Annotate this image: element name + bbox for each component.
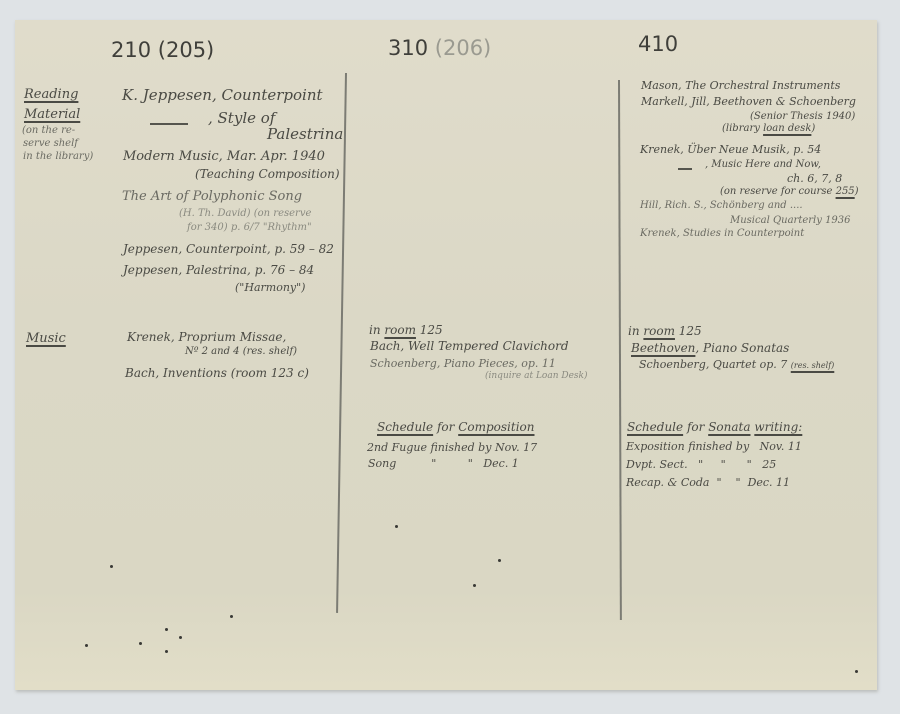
reading-entry: Krenek, Über Neue Musik, p. 54 <box>640 144 821 155</box>
reading-entry: ch. 6, 7, 8 <box>787 173 842 184</box>
reading-entry: , Style of <box>208 111 275 126</box>
reading-entry: Mason, The Orchestral Instruments <box>641 80 840 91</box>
paper-speck <box>165 650 168 653</box>
reading-entry: Jeppesen, Counterpoint, p. 59 – 82 <box>123 243 334 255</box>
schedule-title: Schedule for Composition <box>377 421 535 433</box>
ditto-dash <box>150 123 188 125</box>
index-card: 210 (205) 310 (206) 410 Reading Material… <box>15 20 877 690</box>
reading-entry: Musical Quarterly 1936 <box>730 216 851 226</box>
music-entry: Nº 2 and 4 (res. shelf) <box>185 347 297 357</box>
paper-speck <box>179 636 182 639</box>
schedule-row: Exposition finished by Nov. 11 <box>626 441 802 452</box>
reading-entry: (Senior Thesis 1940) <box>750 112 855 122</box>
music-entry: Bach, Inventions (room 123 c) <box>125 367 309 379</box>
column-heading-310: 310 (206) <box>388 38 491 59</box>
reading-entry: Hill, Rich. S., Schönberg and .... <box>640 201 803 211</box>
music-entry: Krenek, Proprium Missae, <box>127 331 286 343</box>
music-entry: Beethoven, Piano Sonatas <box>631 342 789 354</box>
column-heading-210: 210 (205) <box>111 40 214 61</box>
reading-entry: for 340) p. 6/7 "Rhythm" <box>187 223 312 233</box>
music-entry: Schoenberg, Quartet op. 7 (res. shelf) <box>639 359 834 370</box>
column-divider-1 <box>336 73 346 613</box>
row-label-note: (on the re- <box>22 126 75 136</box>
row-label-note: serve shelf <box>23 139 78 149</box>
music-entry: (inquire at Loan Desk) <box>485 372 588 381</box>
ditto-dash <box>678 168 692 170</box>
reading-entry: (on reserve for course 255) <box>720 187 859 197</box>
reading-entry: (Teaching Composition) <box>195 168 340 180</box>
reading-entry: ("Harmony") <box>235 282 305 293</box>
reading-entry: , Music Here and Now, <box>705 160 821 170</box>
reading-entry: The Art of Polyphonic Song <box>122 190 302 203</box>
music-location: in room 125 <box>628 325 702 337</box>
reading-entry: Markell, Jill, Beethoven & Schoenberg <box>641 96 856 107</box>
row-label-note: in the library) <box>23 152 93 162</box>
reading-entry: K. Jeppesen, Counterpoint <box>122 88 323 103</box>
schedule-row: Song " " Dec. 1 <box>368 458 519 469</box>
music-entry: Bach, Well Tempered Clavichord <box>370 340 569 352</box>
column-heading-410: 410 <box>638 34 678 55</box>
paper-speck <box>230 615 233 618</box>
music-location: in room 125 <box>369 324 443 336</box>
music-entry: Schoenberg, Piano Pieces, op. 11 <box>370 358 556 369</box>
reading-entry: (H. Th. David) (on reserve <box>179 209 311 219</box>
schedule-row: Dvpt. Sect. " " " 25 <box>626 459 776 470</box>
paper-speck <box>473 584 476 587</box>
schedule-title: Schedule for Sonata writing: <box>627 421 802 433</box>
paper-speck <box>85 644 88 647</box>
reading-entry: Modern Music, Mar. Apr. 1940 <box>123 150 325 163</box>
schedule-row: Recap. & Coda " " Dec. 11 <box>626 477 790 488</box>
row-label-music: Music <box>26 332 66 345</box>
column-divider-2 <box>618 80 621 620</box>
reading-entry: (library loan desk) <box>722 124 815 134</box>
reading-entry: Krenek, Studies in Counterpoint <box>640 229 804 239</box>
row-label-reading: Reading <box>24 88 78 101</box>
reading-entry: Palestrina <box>267 127 343 142</box>
paper-speck <box>110 565 113 568</box>
paper-speck <box>498 559 501 562</box>
paper-speck <box>139 642 142 645</box>
paper-speck <box>165 628 168 631</box>
schedule-row: 2nd Fugue finished by Nov. 17 <box>367 442 537 453</box>
paper-speck <box>395 525 398 528</box>
paper-speck <box>855 670 858 673</box>
reading-entry: Jeppesen, Palestrina, p. 76 – 84 <box>123 264 314 276</box>
row-label-material: Material <box>24 108 80 121</box>
